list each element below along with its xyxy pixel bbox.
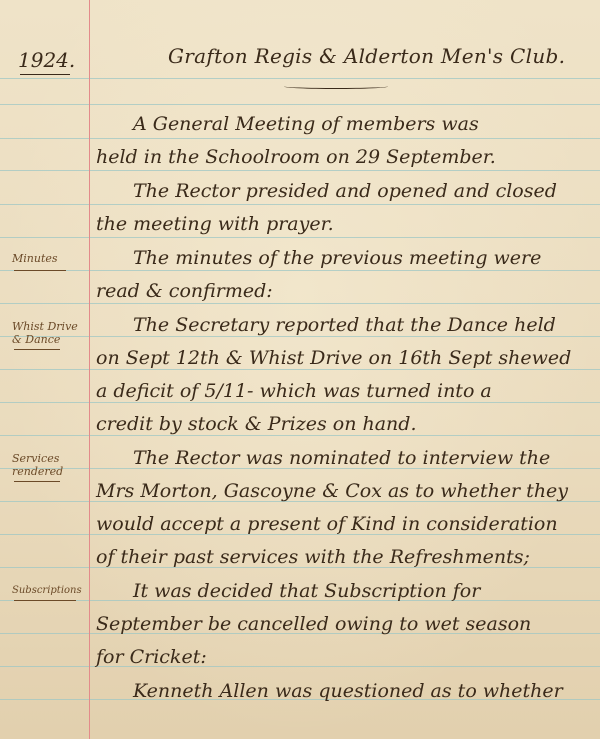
text-line: Kenneth Allen was questioned as to wheth… [133,680,563,702]
title-underline [284,84,388,89]
ledger-page: 1924. Grafton Regis & Alderton Men's Clu… [0,0,600,739]
margin-note-underline [14,270,66,271]
text-line: A General Meeting of members was [133,113,479,135]
margin-note-line: Whist Drive [12,320,78,333]
ruled-line [0,104,600,105]
text-line: credit by stock & Prizes on hand. [96,413,417,435]
text-line: Mrs Morton, Gascoyne & Cox as to whether… [96,480,568,502]
text-line: would accept a present of Kind in consid… [96,513,558,535]
text-line: It was decided that Subscription for [133,580,480,602]
ruled-line [0,204,600,205]
text-line: The Secretary reported that the Dance he… [133,314,556,336]
text-line: of their past services with the Refreshm… [96,546,530,568]
year-underline [20,74,70,75]
ruled-line [0,303,600,304]
text-line: for Cricket: [96,646,207,668]
margin-note-underline [14,600,76,601]
ruled-line [0,336,600,337]
ruled-line [0,170,600,171]
margin-note-underline [14,481,60,482]
margin-note-whist-drive: Whist Drive & Dance [12,320,78,346]
margin-note-line: Subscriptions [12,585,82,596]
text-line: September be cancelled owing to wet seas… [96,613,531,635]
ruled-line [0,666,600,667]
ruled-line [0,402,600,403]
ruled-line [0,78,600,79]
margin-line [89,0,90,739]
text-line: read & confirmed: [96,280,273,302]
ruled-line [0,270,600,271]
margin-note-line: Minutes [12,252,58,265]
text-line: on Sept 12th & Whist Drive on 16th Sept … [96,347,571,369]
margin-note-subscriptions: Subscriptions [12,584,82,597]
ruled-line [0,138,600,139]
margin-note-line: rendered [12,465,63,478]
page-title: Grafton Regis & Alderton Men's Club. [168,44,565,68]
margin-note-line: & Dance [12,333,60,346]
text-line: The Rector presided and opened and close… [133,180,557,202]
text-line: the meeting with prayer. [96,213,334,235]
ruled-line [0,237,600,238]
margin-note-services: Services rendered [12,452,63,478]
margin-note-minutes: Minutes [12,252,58,265]
text-line: held in the Schoolroom on 29 September. [96,146,496,168]
ruled-line [0,369,600,370]
text-line: The minutes of the previous meeting were [133,247,541,269]
margin-note-underline [14,349,60,350]
year: 1924. [18,48,75,72]
margin-note-line: Services [12,452,59,465]
ruled-line [0,435,600,436]
text-line: The Rector was nominated to interview th… [133,447,550,469]
text-line: a deficit of 5/11- which was turned into… [96,380,492,402]
